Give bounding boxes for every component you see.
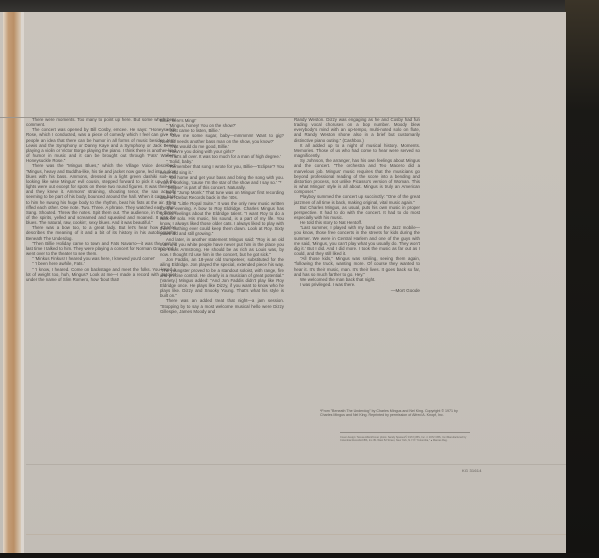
paragraph: The concert was opened by Bill Cosby, em… [26,127,176,163]
fold-line [26,464,566,465]
footnote: *From "Beneath The Underdog" by Charles … [320,409,468,418]
paragraph: There were moments. Too many to point up… [26,117,176,127]
paragraph: Sy Johnson, the arranger, has his own fe… [294,158,420,194]
catalog-number: KG 31614 [462,468,482,473]
liner-notes-column-1: There were moments. Too many to point up… [26,117,176,282]
paragraph: And later, in another statement Mingus s… [160,237,284,258]
paragraph: Randy Weston. Dizzy was engaging as he a… [294,117,420,143]
paragraph: There was the "Mingus Blues," which the … [26,163,176,225]
paragraph: There was an added treat that night—a ja… [160,298,284,313]
paragraph: But Charles Mingus, as usual, puts his o… [294,205,420,220]
paragraph: "All those kids," Mingus was smiling, se… [294,256,420,277]
paragraph: Playboy summed the concert up succinctly… [294,194,420,204]
paragraph: " 'Give me some sugar, baby—mmmmm! Want … [160,133,284,143]
paragraph: There was a bow too, to a great lady. Bu… [26,225,176,240]
liner-notes-column-3: Randy Weston. Dizzy was engaging as he a… [294,117,420,293]
paragraph: I was privileged. I was there. [294,282,420,287]
backdrop-right [565,0,599,558]
paragraph: So is "Jump Monk." That tune was on Ming… [160,190,284,200]
author-signature: —Mort Goode [294,288,420,293]
paragraph: So is "Little Royal Suite." It was the o… [160,201,284,237]
liner-notes-column-2: Billie, here's Ming!' " 'Mingus, honey! … [160,118,284,314]
backdrop-bottom [0,553,599,558]
paragraph: "Then Billie Holiday came to town and Fa… [26,241,176,256]
credit-rule [340,432,470,433]
paragraph: It all added up to a night of musical hi… [294,143,420,158]
paragraph: "Last summer, I played with my band on t… [294,225,420,256]
paragraph: " 'I know, I heared. Come on backstage a… [26,267,176,282]
fold-line [26,534,566,535]
tape-strip [3,12,21,553]
tape-edge [21,12,24,553]
paragraph: Jon Faddis, an 18-year old trumpeteer, s… [160,257,284,298]
paragraph: " 'Go home and get your bass and bring t… [160,175,284,185]
production-credits: Cover design: Teresa Alfieri/Cover photo… [340,436,470,443]
paragraph: " 'Remember that song I wrote for you, B… [160,164,284,174]
